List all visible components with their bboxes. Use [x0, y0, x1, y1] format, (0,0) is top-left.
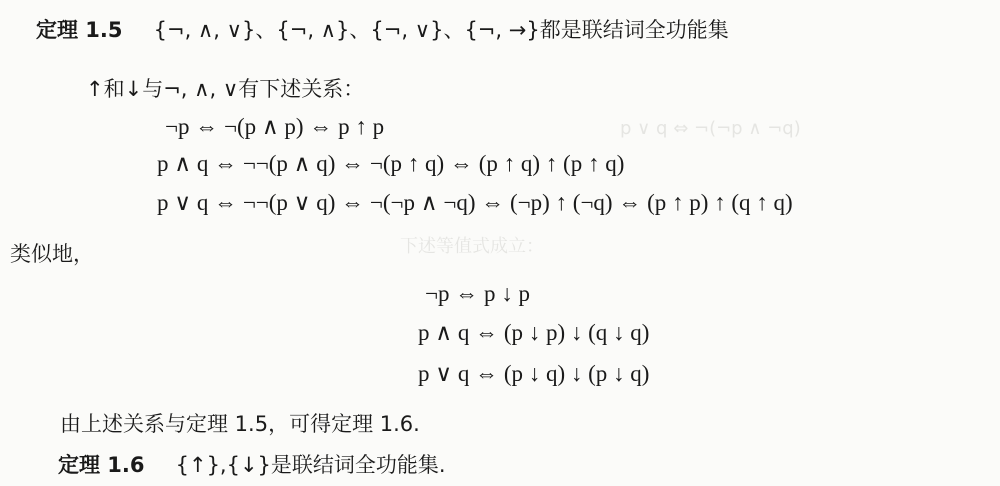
- bleed-through-text: 下述等值式成立：: [400, 232, 544, 258]
- theorem-1-5: 定理 1.5 {¬, ∧, ∨}、{¬, ∧}、{¬, ∨}、{¬, →}都是联…: [36, 14, 729, 44]
- bleed-through-text: p ∨ q ⇔ ¬(¬p ∧ ¬q): [620, 118, 801, 139]
- theorem-statement: {↑},{↓}是联结词全功能集.: [176, 453, 446, 477]
- theorem-1-6: 定理 1.6 {↑},{↓}是联结词全功能集.: [58, 449, 446, 479]
- relations-intro: ↑和↓与¬, ∧, ∨有下述关系：: [86, 73, 364, 103]
- nand-relation-negation: ¬p ⇔ ¬(p ∧ p) ⇔ p ↑ p: [165, 114, 384, 140]
- nor-relation-negation: ¬p ⇔ p ↓ p: [425, 281, 530, 307]
- theorem-label: 定理 1.6: [58, 453, 145, 477]
- nand-relation-conjunction: p ∧ q ⇔ ¬¬(p ∧ q) ⇔ ¬(p ↑ q) ⇔ (p ↑ q) ↑…: [157, 151, 624, 177]
- nor-relation-disjunction: p ∨ q ⇔ (p ↓ q) ↓ (p ↓ q): [418, 361, 649, 387]
- nand-relation-disjunction: p ∨ q ⇔ ¬¬(p ∨ q) ⇔ ¬(¬p ∧ ¬q) ⇔ (¬p) ↑ …: [157, 190, 793, 216]
- theorem-statement: {¬, ∧, ∨}、{¬, ∧}、{¬, ∨}、{¬, →}都是联结词全功能集: [154, 18, 729, 42]
- conclusion-text: 由上述关系与定理 1.5，可得定理 1.6.: [60, 408, 420, 438]
- nor-relation-conjunction: p ∧ q ⇔ (p ↓ p) ↓ (q ↓ q): [418, 320, 649, 346]
- similarly-text: 类似地，: [10, 238, 94, 268]
- theorem-label: 定理 1.5: [36, 18, 123, 42]
